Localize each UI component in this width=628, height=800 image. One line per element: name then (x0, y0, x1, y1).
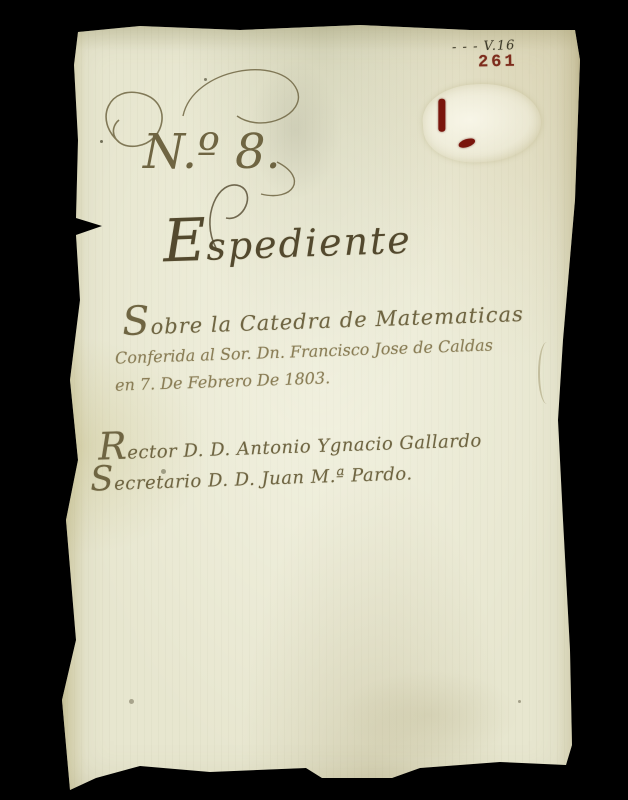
page-curl (538, 342, 556, 404)
wax-seal-remnant (420, 80, 543, 166)
folio-number-stamp: 261 (478, 53, 518, 73)
wax-red-mark (458, 137, 477, 150)
photo-background: - - - V.16 261 N.º 8. Espediente Sobre l… (0, 0, 628, 800)
subject-line-3: en 7. De Febrero De 1803. (115, 368, 331, 394)
wax-red-mark (438, 99, 445, 132)
stain (340, 670, 520, 760)
document-title: Espediente (162, 198, 413, 276)
manuscript-page: - - - V.16 261 N.º 8. Espediente Sobre l… (60, 20, 582, 795)
